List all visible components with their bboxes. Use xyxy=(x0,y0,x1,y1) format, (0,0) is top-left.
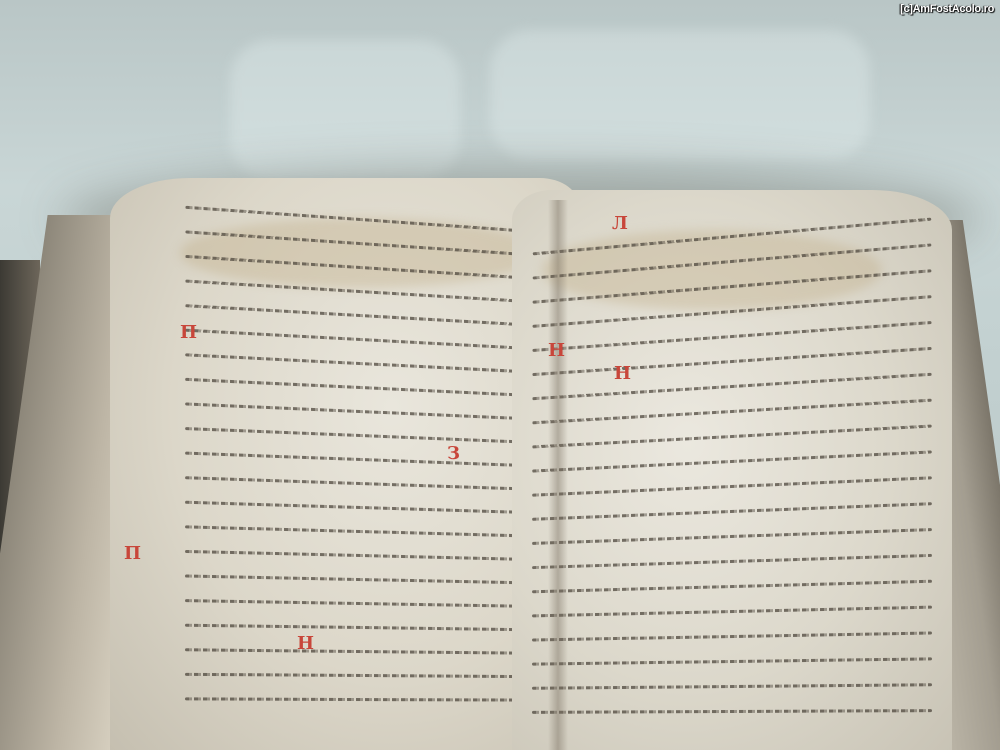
right-page xyxy=(512,190,952,750)
manuscript-text-line xyxy=(185,673,535,678)
rubric-initial: П xyxy=(124,543,141,564)
manuscript-text-line xyxy=(185,501,535,514)
manuscript-text-line xyxy=(185,575,535,585)
manuscript-text-line xyxy=(185,452,535,468)
manuscript-text-line xyxy=(185,550,535,561)
manuscript-text-line xyxy=(185,648,535,654)
manuscript-text-line xyxy=(185,304,535,327)
manuscript-text-line xyxy=(532,709,932,714)
manuscript-text-line xyxy=(185,476,535,491)
left-page xyxy=(110,178,580,750)
manuscript-text-line xyxy=(185,624,535,632)
manuscript-text-line xyxy=(185,378,535,397)
manuscript-text-line xyxy=(185,329,535,351)
manuscript-text-line xyxy=(532,632,932,642)
manuscript-text-line xyxy=(185,697,535,701)
glass-reflection xyxy=(490,30,870,160)
manuscript-text-line xyxy=(532,425,932,449)
manuscript-text-line xyxy=(532,554,932,569)
manuscript-text-line xyxy=(185,427,535,444)
manuscript-text-line xyxy=(532,528,932,545)
rubric-initial: Н xyxy=(614,363,631,384)
rubric-initial: З xyxy=(447,443,460,464)
rubric-initial: Н xyxy=(297,633,314,654)
manuscript-text-line xyxy=(532,373,931,400)
rubric-initial: П xyxy=(180,322,197,343)
manuscript-text-line xyxy=(185,599,535,608)
manuscript-text-line xyxy=(532,321,931,352)
rubric-initial: Н xyxy=(548,340,565,361)
glass-reflection xyxy=(230,40,460,180)
photo-scene xyxy=(0,0,1000,750)
manuscript-text-line xyxy=(532,476,932,496)
manuscript-text-line xyxy=(532,502,932,521)
watermark: [c]AmFostAcolo.ro xyxy=(900,3,994,15)
manuscript-text-line xyxy=(185,402,535,420)
manuscript-text-line xyxy=(532,657,932,665)
manuscript-text-line xyxy=(532,347,931,376)
manuscript-text-line xyxy=(532,450,932,472)
manuscript-text-line xyxy=(185,525,535,537)
book-gutter xyxy=(548,200,568,750)
manuscript-text-line xyxy=(185,353,535,373)
manuscript-text-line xyxy=(532,683,932,689)
manuscript-text-line xyxy=(532,399,932,425)
rubric-initial: Л xyxy=(612,213,628,234)
manuscript-text-line xyxy=(532,606,932,618)
manuscript-text-line xyxy=(532,580,932,593)
